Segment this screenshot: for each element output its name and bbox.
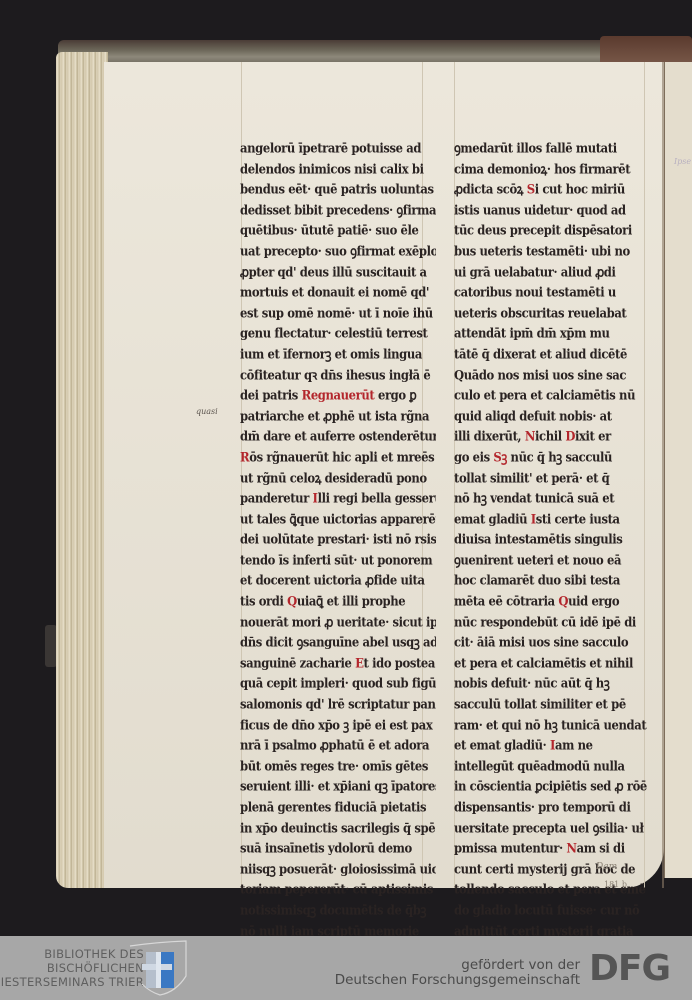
manuscript-line: plenā gerentes fiduciā pietatis <box>240 796 436 819</box>
rubricated-initial: E <box>355 655 363 671</box>
line-text: tendo īs inferti sūt· ut ponorem <box>240 552 432 568</box>
line-text: ficus de dn̄o xp̄o ꝫ ipē ei est pax <box>240 717 432 733</box>
manuscript-line: nrā ī psalmo ꝓphatū ē et adora <box>240 734 436 757</box>
line-text: ꝯmedarūt illos fallē mutati <box>454 140 617 156</box>
manuscript-line: illi dixerūt, Nichil Dixit er <box>454 425 650 448</box>
line-text: salomonis qd' lrē scriptatur pan <box>240 696 436 712</box>
line-text: admittūt certi mysterij gratia <box>454 923 633 936</box>
manuscript-line: genu flectatur· celestiū terrest <box>240 322 436 345</box>
line-text: būt omēs reges tre· omīs gētes <box>240 758 428 774</box>
line-text: ut rg̃nū celoꝝ desideradū pono <box>240 470 427 486</box>
margin-annotation: quasi <box>196 407 218 416</box>
line-text: uiaꝗ̄ et illi prophe <box>297 593 405 609</box>
manuscript-line: go eis Sꝫ nūc q̄ hꝫ sacculū <box>454 446 650 469</box>
line-text: ꝯuenirent ueteri et nouo eā <box>454 552 621 568</box>
manuscript-line: et emat gladiū· Iam ne <box>454 734 650 757</box>
page-stack-edge <box>56 52 108 888</box>
folio-number: 181 b <box>604 880 627 889</box>
line-text: bendus eēt· quē patris uoluntas <box>240 181 434 197</box>
line-text: hoc clamarēt duo sibi testa <box>454 573 620 589</box>
manuscript-line: pmissa mutentur· Nam si di <box>454 837 650 860</box>
rubricated-initial: Regnauerūt <box>302 387 375 403</box>
manuscript-line: cit· āiā misi uos sine sacculo <box>454 631 650 654</box>
line-text: sti certe iusta <box>536 511 620 527</box>
line-text: suā insaīnetis ydolorū demo <box>240 840 412 856</box>
line-text: ōs rg̃nauerūt hic apli et mreēs <box>249 449 434 465</box>
line-text: cit· āiā misi uos sine sacculo <box>454 634 628 650</box>
manuscript-line: ꝯmedarūt illos fallē mutati <box>454 137 650 160</box>
manuscript-viewer[interactable]: angelorū īpetrarē potuisse addelendos in… <box>0 0 692 936</box>
line-text: ram· et qui nō hꝫ tunicā uendat <box>454 717 646 733</box>
library-name-line2: BISCHÖFLICHEN <box>0 961 144 975</box>
line-text: tūc deus precepit dispēsatori <box>454 222 632 238</box>
line-text: intellegūt quēadmodū nulla <box>454 758 625 774</box>
funding-line1: gefördert von der <box>220 958 580 973</box>
manuscript-page: angelorū īpetrarē potuisse addelendos in… <box>104 62 664 888</box>
line-text: tātē q̄ dixerat et aliud dicētē <box>454 346 627 362</box>
rubricated-initial: Q <box>287 593 297 609</box>
manuscript-line: do gladio locutū fuisse· cur nō <box>454 899 650 922</box>
manuscript-line: dm̄ dare et auferre ostenderētur <box>240 425 436 448</box>
line-text: seruient illi· et xp̄iani qꝫ īpatores <box>240 779 436 795</box>
manuscript-line: nō hꝫ vendat tunicā suā et <box>454 487 650 510</box>
line-text: notissimisqꝫ documētis de q̄bꝫ <box>240 902 426 918</box>
manuscript-line: bus ueteris testamēti· ubi no <box>454 240 650 263</box>
line-text: plenā gerentes fiduciā pietatis <box>240 799 426 815</box>
rubricated-initial: Q <box>558 593 568 609</box>
line-text: cima demonioꝝ· hos firmarēt <box>454 161 630 177</box>
line-text: cōfiteatur qꝛ dn̄s ihesus ingłā ē <box>240 367 430 383</box>
line-text: i cut hoc miriū <box>535 181 625 197</box>
line-text: ui grā uelabatur· aliud ꝓdi <box>454 264 616 280</box>
manuscript-line: quētibus· ūtutē patiē· suo ēle <box>240 219 436 242</box>
line-text: dei patris <box>240 387 302 403</box>
line-text: catoribus noui testamēti u <box>454 284 616 300</box>
line-text: nouerāt mori ꝓ ueritate· sicut ipē <box>240 614 436 630</box>
line-text: ut tales ꝗ̄que uictorias apparerēt <box>240 511 436 527</box>
line-text: nō hꝫ vendat tunicā suā et <box>454 490 614 506</box>
line-text: nobis defuit· nūc aūt q̄ hꝫ <box>454 676 609 692</box>
line-text: quā cepit impleri· quod sub figū <box>240 676 436 692</box>
rubricated-initial: D <box>565 428 575 444</box>
line-text: et emat gladiū· <box>454 737 550 753</box>
line-text: ueteris obscuritas reuelabat <box>454 305 626 321</box>
line-text: ixit er <box>575 428 611 444</box>
line-text: quid aliqd defuit nobis· at <box>454 408 612 424</box>
manuscript-line: toriam pepererūt· cū aptissimis <box>240 878 436 901</box>
line-text: Quādo nos misi uos sine sac <box>454 367 626 383</box>
line-text: dei uolūtate prestari· isti nō rsis <box>240 531 436 547</box>
line-text: am ne <box>555 737 593 753</box>
manuscript-line: Rōs rg̃nauerūt hic apli et mreēs <box>240 446 436 469</box>
manuscript-line: dei patris Regnauerūt ergo ꝑ <box>240 384 436 407</box>
line-text: dispensantis· pro temporū di <box>454 799 631 815</box>
manuscript-line: ium et īfernorꝫ et omis lingua <box>240 343 436 366</box>
line-text: do gladio locutū fuisse· cur nō <box>454 902 639 918</box>
line-text: sacculū tollat similiter et pē <box>454 696 626 712</box>
manuscript-line: culo et pera et calciamētis nū <box>454 384 650 407</box>
rubricated-initial: R <box>240 449 249 465</box>
line-text: ichil <box>535 428 565 444</box>
line-text: nō nulli iam scriptū memorie <box>240 923 419 936</box>
line-text: bus ueteris testamēti· ubi no <box>454 243 630 259</box>
manuscript-line: nō nulli iam scriptū memorie <box>240 919 436 936</box>
rubricated-initial: Sꝫ <box>493 449 507 465</box>
manuscript-line: uat precepto· suo ꝯfirmat exēplo <box>240 240 436 263</box>
manuscript-line: angelorū īpetrarē potuisse ad <box>240 137 436 160</box>
line-text: dedisset bibit precedens· ꝯfirmat se <box>240 202 436 218</box>
line-text: angelorū īpetrarē potuisse ad <box>240 140 421 156</box>
manuscript-line: ꝓdicta scōꝝ Si cut hoc miriū <box>454 178 650 201</box>
library-name-line1: BIBLIOTHEK DES <box>0 947 144 961</box>
line-text: ium et īfernorꝫ et omis lingua <box>240 346 422 362</box>
library-name[interactable]: BIBLIOTHEK DES BISCHÖFLICHEN PRIESTERSEM… <box>0 947 144 989</box>
line-text: ꝓdicta scōꝝ <box>454 181 527 197</box>
manuscript-line: panderetur Illi regi bella gesserūt <box>240 487 436 510</box>
text-column-left: angelorū īpetrarē potuisse addelendos in… <box>240 138 436 936</box>
manuscript-line: attendāt ipm̄ dm̄ xp̄m mu <box>454 322 650 345</box>
manuscript-line: notissimisqꝫ documētis de q̄bꝫ <box>240 899 436 922</box>
line-text: t ido postea <box>364 655 435 671</box>
line-text: istis uanus uidetur· quod ad <box>454 202 626 218</box>
manuscript-line: salomonis qd' lrē scriptatur pan <box>240 693 436 716</box>
rubricated-initial: S <box>527 181 535 197</box>
line-text: uersitate precepta uel ꝯsilia· uł <box>454 820 644 836</box>
line-text: lli regi bella gesserūt <box>318 490 436 506</box>
manuscript-line: admittūt certi mysterij gratia <box>454 919 650 936</box>
manuscript-line: suā insaīnetis ydolorū demo <box>240 837 436 860</box>
show-through-text: Ipse <box>674 157 691 166</box>
folio-annotation: Dam <box>596 862 617 872</box>
line-text: dm̄ dare et auferre ostenderētur <box>240 428 436 444</box>
manuscript-line: dn̄s dicit ꝯsanguīne abel usqꝫ ad <box>240 631 436 654</box>
line-text: toriam pepererūt· cū aptissimis <box>240 881 433 897</box>
line-text: nrā ī psalmo ꝓphatū ē et adora <box>240 737 429 753</box>
manuscript-line: tūc deus precepit dispēsatori <box>454 219 650 242</box>
line-text: diuisa intestamētis singulis <box>454 531 622 547</box>
line-text: mēta eē cōtraria <box>454 593 558 609</box>
line-text: delendos inimicos nisi calix bi <box>240 161 424 177</box>
line-text: uat precepto· suo ꝯfirmat exēplo <box>240 243 436 259</box>
line-text: et pera et calciamētis et nihil <box>454 655 633 671</box>
manuscript-line: mortuis et donauit ei nomē qd' <box>240 281 436 304</box>
line-text: mortuis et donauit ei nomē qd' <box>240 284 429 300</box>
line-text: genu flectatur· celestiū terrest <box>240 325 427 341</box>
library-name-line3: PRIESTERSEMINARS TRIER <box>0 975 144 989</box>
line-text: emat gladiū <box>454 511 531 527</box>
line-text: nūc q̄ hꝫ sacculū <box>507 449 612 465</box>
line-text: am si di <box>577 840 625 856</box>
line-text: nūc respondebūt cū idē ipē di <box>454 614 636 630</box>
manuscript-line: dei uolūtate prestari· isti nō rsis <box>240 528 436 551</box>
manuscript-line: catoribus noui testamēti u <box>454 281 650 304</box>
line-text: in cōscientia ꝑcipiētis sed ꝓ rōē <box>454 779 647 795</box>
line-text: uid ergo <box>568 593 619 609</box>
line-text: tis ordi <box>240 593 287 609</box>
funding-notice[interactable]: gefördert von der Deutschen Forschungsge… <box>220 958 580 988</box>
line-text: quētibus· ūtutē patiē· suo ēle <box>240 222 419 238</box>
manuscript-line: tātē q̄ dixerat et aliud dicētē <box>454 343 650 366</box>
line-text: patriarche et ꝓphē ut ista rg̃na <box>240 408 429 424</box>
line-text: niisqꝫ posuerāt· gloiosissimā uic <box>240 861 436 877</box>
manuscript-line: tis ordi Quiaꝗ̄ et illi prophe <box>240 590 436 613</box>
line-text: est sup omē nomē· ut ī noīe ihū oē <box>240 305 436 321</box>
line-text: go eis <box>454 449 493 465</box>
footer-bar: BIBLIOTHEK DES BISCHÖFLICHEN PRIESTERSEM… <box>0 936 692 1000</box>
line-text: tollat similit' et perā· et q̄ <box>454 470 609 486</box>
line-text: illi dixerūt, <box>454 428 525 444</box>
manuscript-line: diuisa intestamētis singulis <box>454 528 650 551</box>
rubricated-initial: N <box>566 840 576 856</box>
dfg-logo-icon[interactable]: DFG <box>589 951 670 987</box>
funding-line2: Deutschen Forschungsgemeinschaft <box>220 973 580 988</box>
line-text: et docerent uictoria ꝓfide uita <box>240 573 425 589</box>
line-text: attendāt ipm̄ dm̄ xp̄m mu <box>454 325 609 341</box>
line-text: culo et pera et calciamētis nū <box>454 387 635 403</box>
line-text: sanguinē zacharie <box>240 655 355 671</box>
line-text: dn̄s dicit ꝯsanguīne abel usqꝫ ad <box>240 634 436 650</box>
manuscript-line: mēta eē cōtraria Quid ergo <box>454 590 650 613</box>
manuscript-line: sacculū tollat similiter et pē <box>454 693 650 716</box>
manuscript-line: dispensantis· pro temporū di <box>454 796 650 819</box>
text-column-right: ꝯmedarūt illos fallē mutaticima demonioꝝ… <box>454 138 650 936</box>
rubricated-initial: N <box>525 428 535 444</box>
line-text: in xp̄o deuinctis sacrilegis q̄ spē <box>240 820 435 836</box>
line-text: ꝓpter qd' deus illū suscitauit a <box>240 264 427 280</box>
line-text: pmissa mutentur· <box>454 840 566 856</box>
line-text: panderetur <box>240 490 313 506</box>
library-shield-logo-icon[interactable] <box>128 940 190 996</box>
line-text: ergo ꝑ <box>374 387 416 403</box>
facing-page-edge <box>664 62 692 878</box>
manuscript-line: bendus eēt· quē patris uoluntas <box>240 178 436 201</box>
